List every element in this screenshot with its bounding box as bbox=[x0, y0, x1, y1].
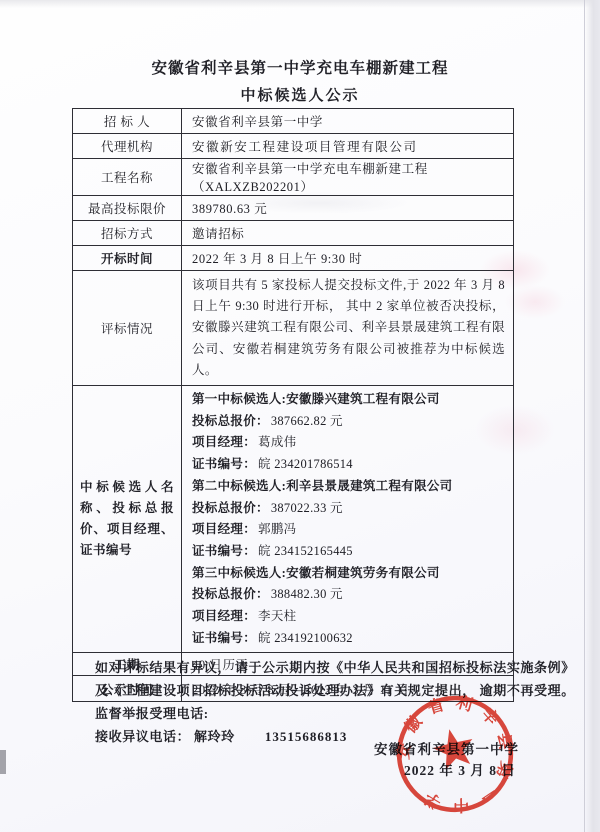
method-label: 招标方式 bbox=[73, 221, 182, 246]
objection-contact: 接收异议电话： 解玲玲 bbox=[95, 729, 235, 744]
cert-value: 皖 234192100632 bbox=[258, 631, 353, 645]
candidate-1-name: 第一中标候选人:安徽滕兴建筑工程有限公司 bbox=[192, 389, 507, 411]
cert-value: 皖 234152165445 bbox=[258, 544, 353, 558]
candidate-3-cert: 证书编号：皖 234192100632 bbox=[192, 628, 507, 650]
manager-value: 葛成伟 bbox=[258, 435, 296, 449]
cert-label: 证书编号： bbox=[192, 457, 256, 471]
max-price-value: 389780.63 元 bbox=[182, 196, 514, 221]
bidder-value: 安徽省利辛县第一中学 bbox=[182, 109, 514, 134]
manager-label: 项目经理： bbox=[192, 522, 256, 536]
candidate-2-cert: 证书编号：皖 234152165445 bbox=[192, 541, 507, 563]
method-value: 邀请招标 bbox=[182, 221, 514, 246]
price-label: 投标总报价： bbox=[192, 501, 269, 515]
manager-value: 李天柱 bbox=[258, 609, 296, 623]
candidate-1-manager: 项目经理：葛成伟 bbox=[192, 432, 507, 454]
project-label: 工程名称 bbox=[73, 159, 182, 196]
supervision-phone-line: 监督举报受理电话: bbox=[95, 703, 209, 722]
row-bidder: 招 标 人 安徽省利辛县第一中学 bbox=[73, 109, 514, 134]
candidates-value: 第一中标候选人:安徽滕兴建筑工程有限公司 投标总报价：387662.82 元 项… bbox=[182, 386, 514, 653]
agency-value: 安徽新安工程建设项目管理有限公司 bbox=[182, 134, 514, 159]
star-icon bbox=[430, 725, 478, 772]
document-title: 安徽省利辛县第一中学充电车棚新建工程 bbox=[0, 56, 600, 78]
agency-label: 代理机构 bbox=[73, 134, 182, 159]
scan-edge-mark bbox=[0, 750, 6, 774]
row-evaluation: 评标情况 该项目共有 5 家投标人提交投标文件,于 2022 年 3 月 8 日… bbox=[73, 271, 514, 386]
candidate-3-name: 第三中标候选人:安徽若桐建筑劳务有限公司 bbox=[192, 563, 507, 585]
candidate-2-price: 投标总报价：387022.33 元 bbox=[192, 498, 507, 520]
candidate-2-name: 第二中标候选人:利辛县景晟建筑工程有限公司 bbox=[192, 476, 507, 498]
project-value: 安徽省利辛县第一中学充电车棚新建工程（XALXZB202201） bbox=[182, 159, 514, 196]
row-method: 招标方式 邀请招标 bbox=[73, 221, 514, 246]
manager-label: 项目经理： bbox=[192, 609, 256, 623]
notice-line-1: 如对评标结果有异议， 请于公示期内按《中华人民共和国招标投标法实施条例》 bbox=[95, 657, 575, 676]
price-value: 388482.30 元 bbox=[271, 587, 343, 601]
price-value: 387662.82 元 bbox=[271, 414, 343, 428]
manager-label: 项目经理： bbox=[192, 435, 256, 449]
row-max-price: 最高投标限价 389780.63 元 bbox=[73, 196, 514, 221]
price-value: 387022.33 元 bbox=[271, 501, 343, 515]
candidate-3-price: 投标总报价：388482.30 元 bbox=[192, 584, 507, 606]
scan-edge-top bbox=[0, 0, 600, 8]
bidder-label: 招 标 人 bbox=[73, 109, 182, 134]
open-time-value: 2022 年 3 月 8 日上午 9:30 时 bbox=[182, 246, 514, 271]
candidate-1-price: 投标总报价：387662.82 元 bbox=[192, 411, 507, 433]
objection-phone-number: 13515686813 bbox=[265, 729, 348, 744]
evaluation-label: 评标情况 bbox=[73, 271, 182, 386]
scan-edge-right bbox=[584, 0, 600, 832]
cert-label: 证书编号： bbox=[192, 544, 256, 558]
cert-value: 皖 234201786514 bbox=[258, 457, 353, 471]
manager-value: 郭鹏冯 bbox=[258, 522, 296, 536]
max-price-label: 最高投标限价 bbox=[73, 196, 182, 221]
row-open-time: 开标时间 2022 年 3 月 8 日上午 9:30 时 bbox=[73, 246, 514, 271]
open-time-label: 开标时间 bbox=[73, 246, 182, 271]
announcement-table: 招 标 人 安徽省利辛县第一中学 代理机构 安徽新安工程建设项目管理有限公司 工… bbox=[72, 108, 514, 702]
evaluation-value: 该项目共有 5 家投标人提交投标文件,于 2022 年 3 月 8 日上午 9:… bbox=[182, 271, 514, 386]
candidate-1-cert: 证书编号：皖 234201786514 bbox=[192, 454, 507, 476]
candidates-label: 中标候选人名称、投标总报价、项目经理、证书编号 bbox=[73, 386, 182, 653]
cert-label: 证书编号： bbox=[192, 631, 256, 645]
objection-phone-line: 接收异议电话： 解玲玲13515686813 bbox=[95, 726, 347, 745]
row-agency: 代理机构 安徽新安工程建设项目管理有限公司 bbox=[73, 134, 514, 159]
candidate-2-manager: 项目经理：郭鹏冯 bbox=[192, 519, 507, 541]
document-subtitle: 中标候选人公示 bbox=[0, 84, 600, 105]
candidate-3-manager: 项目经理：李天柱 bbox=[192, 606, 507, 628]
row-candidates: 中标候选人名称、投标总报价、项目经理、证书编号 第一中标候选人:安徽滕兴建筑工程… bbox=[73, 386, 514, 653]
price-label: 投标总报价： bbox=[192, 587, 269, 601]
row-project: 工程名称 安徽省利辛县第一中学充电车棚新建工程（XALXZB202201） bbox=[73, 159, 514, 196]
price-label: 投标总报价： bbox=[192, 414, 269, 428]
